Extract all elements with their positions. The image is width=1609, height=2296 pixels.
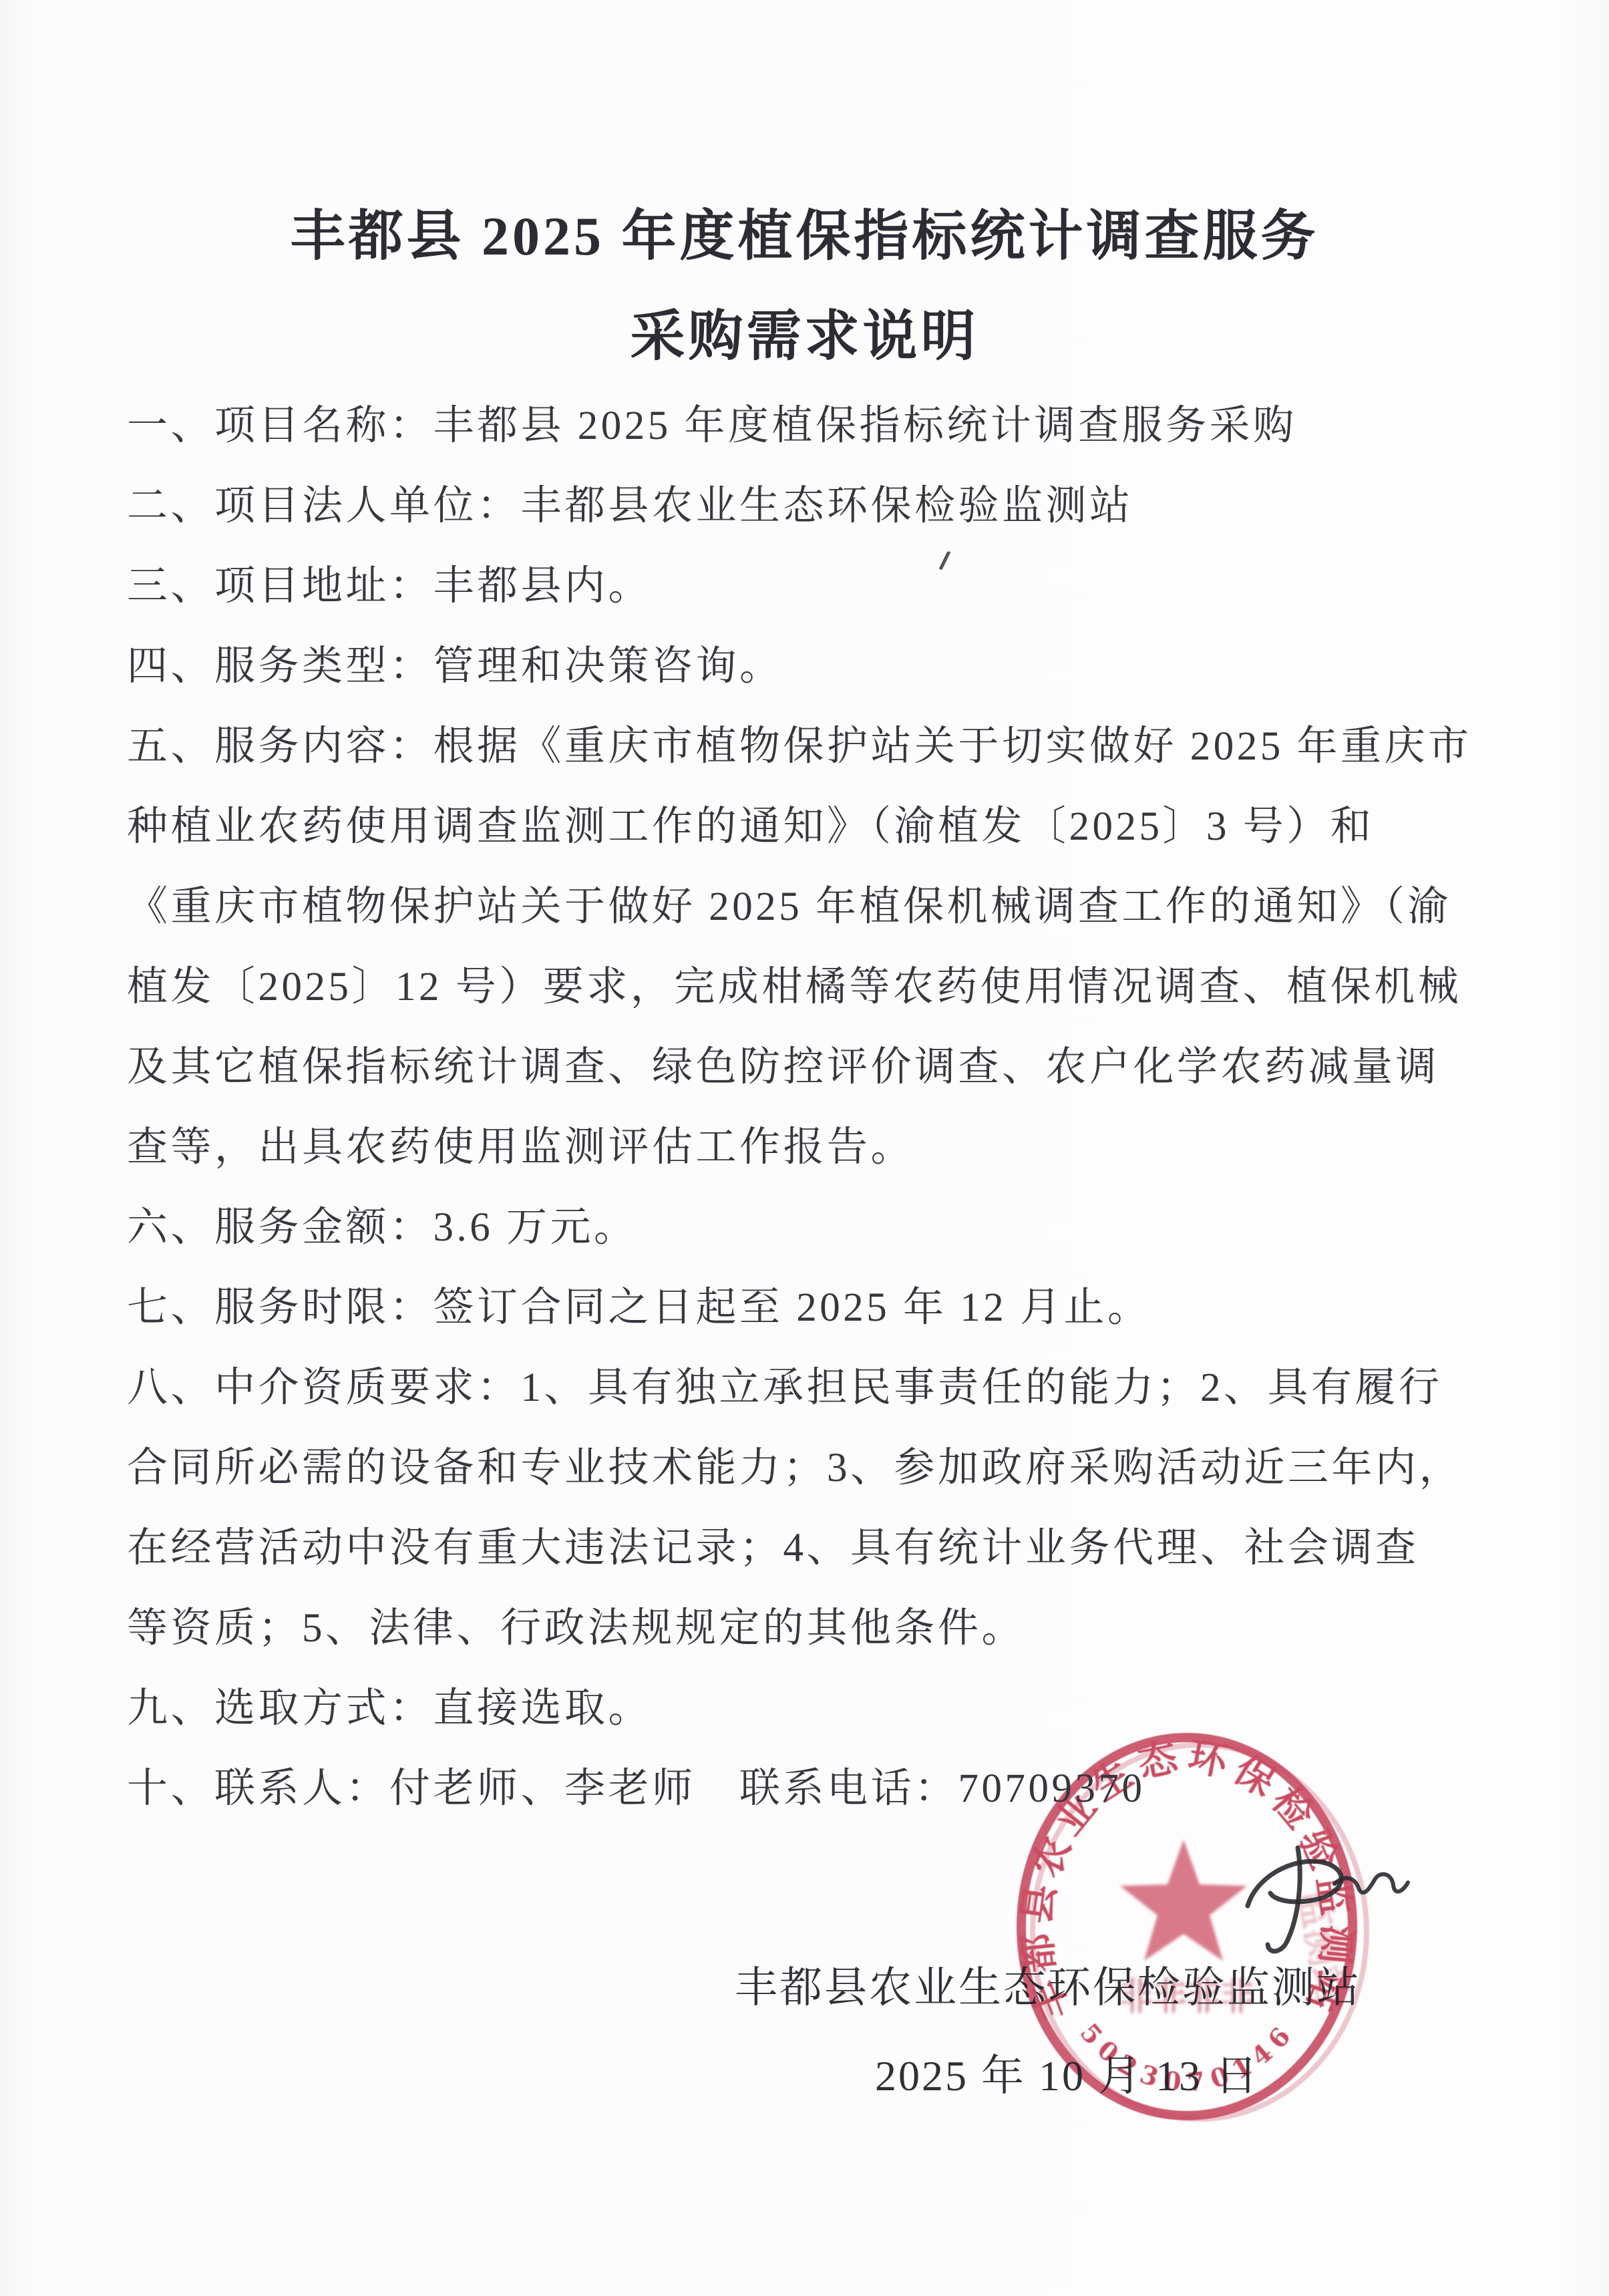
handwritten-signature (1228, 1836, 1418, 1969)
document-page: 丰都县 2025 年度植保指标统计调查服务 采购需求说明 一、项目名称：丰都县 … (0, 0, 1609, 2296)
doc-line: 种植业农药使用调查监测工作的通知》（渝植发〔2025〕3 号）和 (127, 787, 1503, 867)
doc-line-item-8: 八、中介资质要求：1、具有独立承担民事责任的能力；2、具有履行 (127, 1348, 1503, 1428)
doc-line-item-10: 十、联系人：付老师、李老师 联系电话：70709370 (127, 1749, 1503, 1829)
doc-line-item-4: 四、服务类型：管理和决策咨询。 (127, 627, 1503, 707)
doc-line-item-9: 九、选取方式：直接选取。 (127, 1669, 1503, 1749)
doc-line-item-5: 五、服务内容：根据《重庆市植物保护站关于切实做好 2025 年重庆市 (127, 707, 1503, 787)
doc-line-item-1: 一、项目名称：丰都县 2025 年度植保指标统计调查服务采购 (127, 386, 1503, 466)
doc-title-line-2: 采购需求说明 (0, 293, 1609, 371)
doc-line-item-7: 七、服务时限：签订合同之日起至 2025 年 12 月止。 (127, 1268, 1503, 1348)
doc-line: 等资质；5、法律、行政法规规定的其他条件。 (127, 1589, 1503, 1669)
doc-line-item-2: 二、项目法人单位：丰都县农业生态环保检验监测站 (127, 466, 1503, 546)
doc-line: 查等，出具农药使用监测评估工作报告。 (127, 1108, 1503, 1188)
doc-line-item-6: 六、服务金额：3.6 万元。 (127, 1188, 1503, 1268)
doc-line: 植发〔2025〕12 号）要求，完成柑橘等农药使用情况调查、植保机械 (127, 947, 1503, 1027)
doc-body: 一、项目名称：丰都县 2025 年度植保指标统计调查服务采购 二、项目法人单位：… (127, 386, 1503, 1829)
doc-line: 及其它植保指标统计调查、绿色防控评价调查、农户化学农药减量调 (127, 1027, 1503, 1108)
doc-line-item-3: 三、项目地址：丰都县内。 (127, 546, 1503, 627)
doc-line: 《重庆市植物保护站关于做好 2025 年植保机械调查工作的通知》（渝 (127, 867, 1503, 947)
doc-line: 在经营活动中没有重大违法记录；4、具有统计业务代理、社会调查 (127, 1508, 1503, 1589)
doc-title-line-1: 丰都县 2025 年度植保指标统计调查服务 (0, 192, 1609, 271)
doc-line: 合同所必需的设备和专业技术能力；3、参加政府采购活动近三年内， (127, 1428, 1503, 1508)
signoff-date: 2025 年 10 月 13 日 (875, 2041, 1260, 2103)
